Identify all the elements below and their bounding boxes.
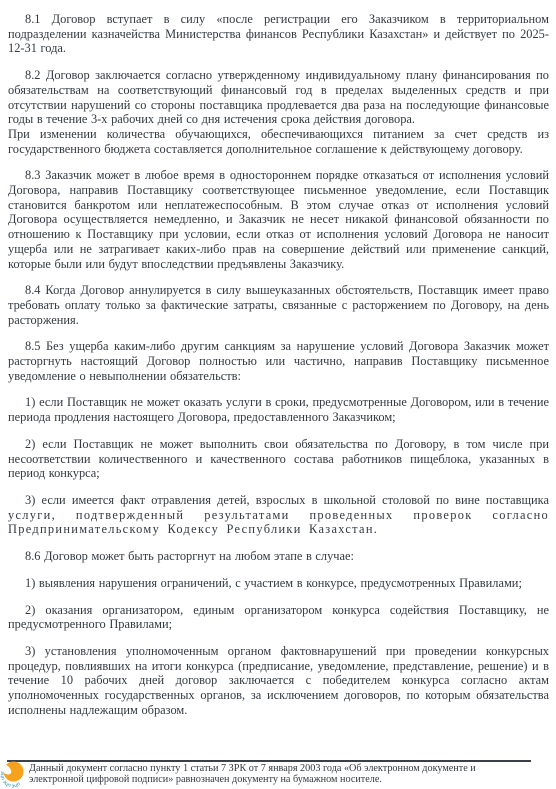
contract-clause-8-6-item-1: 1) выявления нарушения ограничений, с уч… [8,576,549,591]
contract-clause-8-5-item-1: 1) если Поставщик не может оказать услуг… [8,395,549,424]
contract-section-8: 8.1 Договор вступает в силу «после регис… [8,12,549,729]
contract-clause-8-6: 8.6 Договор может быть расторгнут на люб… [8,549,549,564]
document-page: 8.1 Договор вступает в силу «после регис… [0,0,556,789]
contract-clause-8-2-continuation: При изменении количества обучающихся, об… [8,127,549,156]
esign-footer-note: Данный документ согласно пункту 1 статьи… [29,762,531,786]
esign-footer: эцп эцп эцп Данный документ согласно пун… [7,760,531,789]
contract-clause-8-6-item-3: 3) установления уполномоченным органом ф… [8,644,549,718]
contract-clause-8-4: 8.4 Когда Договор аннулируется в силу вы… [8,283,549,327]
contract-clause-8-5: 8.5 Без ущерба каким-либо другим санкция… [8,339,549,383]
clause-text: 3) если имеется факт отравления детей, в… [25,493,549,507]
esign-footer-line-2: электронной цифровой подписи» равнозначе… [29,774,531,785]
esign-footer-line-1: Данный документ согласно пункту 1 статьи… [29,763,531,774]
esign-stamp-icon: эцп эцп эцп [0,760,27,788]
contract-clause-8-5-item-2: 2) если Поставщик не может выполнить сво… [8,437,549,481]
contract-clause-8-3: 8.3 Заказчик может в любое время в однос… [8,168,549,271]
contract-clause-8-5-item-3: 3) если имеется факт отравления детей, в… [8,493,549,537]
contract-clause-8-2: 8.2 Договор заключается согласно утвержд… [8,68,549,127]
contract-clause-8-6-item-2: 2) оказания организатором, единым органи… [8,603,549,632]
contract-clause-8-1: 8.1 Договор вступает в силу «после регис… [8,12,549,56]
clause-text-letterspaced: услуги, подтвержденный результатами пров… [8,508,549,537]
